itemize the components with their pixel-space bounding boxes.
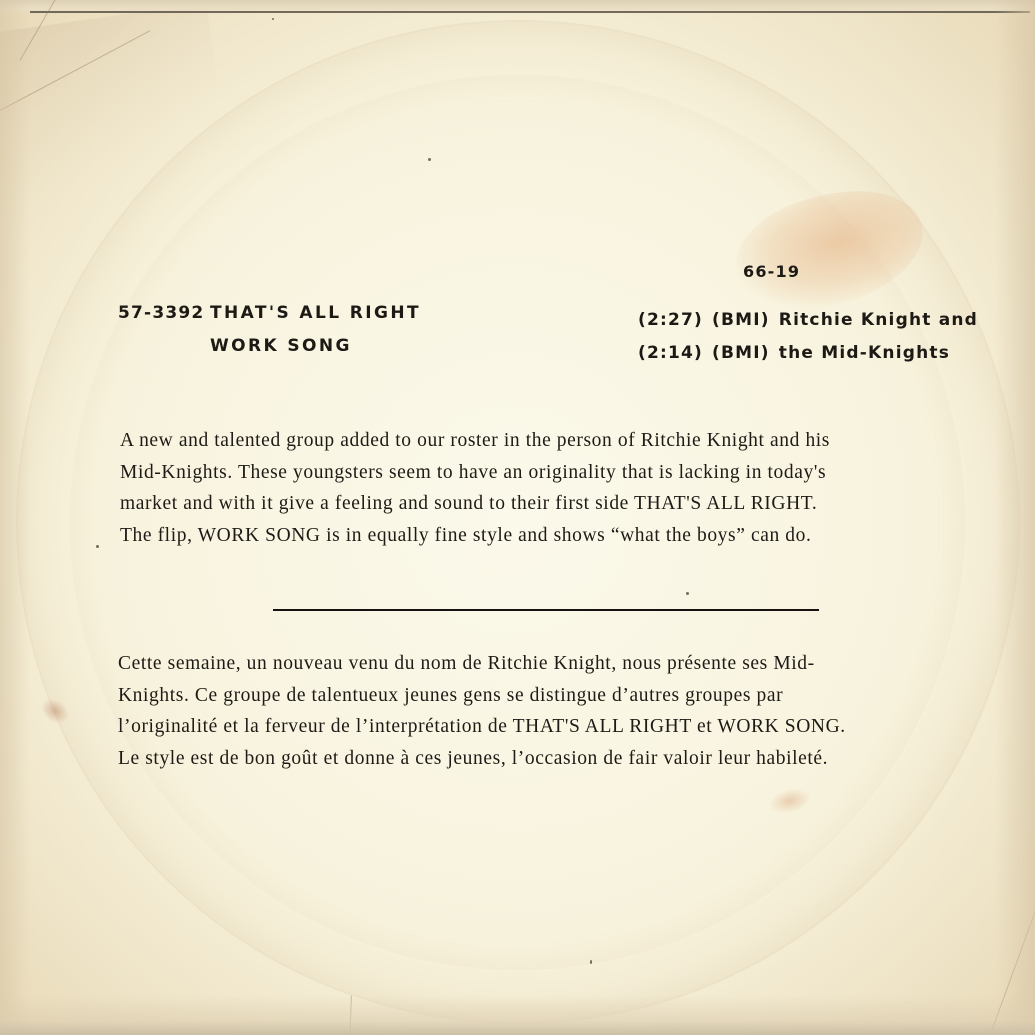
licensing: (BMI) xyxy=(712,343,770,363)
artist: Ritchie Knight and xyxy=(779,310,978,330)
bottom-edge-wear xyxy=(0,995,1035,1035)
speck xyxy=(96,545,99,548)
speck xyxy=(590,960,592,964)
track-title-a-side: THAT'S ALL RIGHT xyxy=(210,303,421,323)
catalog-number: 57-3392 xyxy=(118,303,204,323)
credit-line-b-side: (2:14)(BMI)the Mid-Knights xyxy=(638,343,959,363)
liner-notes-french: Cette semaine, un nouveau venu du nom de… xyxy=(118,648,846,774)
stain xyxy=(726,176,935,323)
track-title-b-side: WORK SONG xyxy=(210,336,352,356)
record-sleeve-back: 57-3392 THAT'S ALL RIGHT WORK SONG 66-19… xyxy=(0,0,1035,1035)
credit-line-a-side: (2:27)(BMI)Ritchie Knight and xyxy=(638,310,987,330)
artist: the Mid-Knights xyxy=(779,343,950,363)
speck xyxy=(686,592,689,595)
duration: (2:14) xyxy=(638,343,703,363)
right-edge-wear xyxy=(995,0,1035,1035)
top-crease xyxy=(30,11,1030,13)
text-line: Knights. Ce groupe de talentueux jeunes … xyxy=(118,680,846,712)
speck xyxy=(272,18,274,20)
stain-small xyxy=(768,786,812,816)
duration: (2:27) xyxy=(638,310,703,330)
section-divider xyxy=(273,609,819,611)
text-line: Cette semaine, un nouveau venu du nom de… xyxy=(118,648,846,680)
text-line: market and with it give a feeling and so… xyxy=(120,488,830,520)
text-line: Mid-Knights. These youngsters seem to ha… xyxy=(120,457,830,489)
text-line: The flip, WORK SONG is in equally fine s… xyxy=(120,520,830,552)
text-line: l’originalité et la ferveur de l’interpr… xyxy=(118,711,846,743)
licensing: (BMI) xyxy=(712,310,770,330)
speck xyxy=(428,158,431,161)
matrix-number: 66-19 xyxy=(743,262,800,281)
liner-notes-english: A new and talented group added to our ro… xyxy=(120,425,830,551)
text-line: A new and talented group added to our ro… xyxy=(120,425,830,457)
smudge xyxy=(36,693,73,728)
text-line: Le style est de bon goût et donne à ces … xyxy=(118,743,846,775)
left-edge-wear xyxy=(0,0,30,1035)
